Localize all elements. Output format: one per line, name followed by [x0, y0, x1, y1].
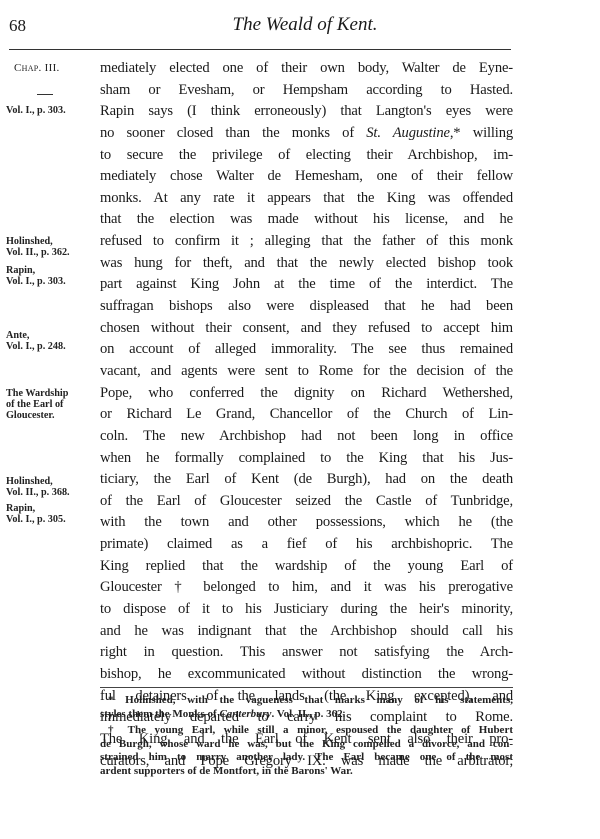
margin-note-line: Holinshed, [6, 236, 70, 247]
margin-note-line: Vol. II., p. 362. [6, 247, 70, 258]
body-line: that the election was made without his l… [100, 209, 513, 231]
body-text: mediately elected one of their own body,… [100, 58, 513, 772]
text-run: to dispose of it to his Justiciary durin… [100, 601, 513, 617]
text-run: with the town and other possessions, whi… [100, 514, 513, 530]
text-run: Pope, who conferred the dignity on Richa… [100, 385, 513, 401]
text-run: and he was indignant that the Archbishop… [100, 623, 513, 639]
text-run: no sooner closed than the monks of [100, 125, 366, 141]
margin-note-line: Rapin, [6, 503, 66, 514]
body-line: ticiary, the Earl of Kent (de Burgh), ha… [100, 469, 513, 491]
footnote-rule [100, 687, 513, 688]
body-line: King replied that the wardship of the yo… [100, 556, 513, 578]
text-run: ardent supporters of de Montfort, in the… [100, 765, 353, 777]
text-run: to secure the privilege of electing thei… [100, 147, 513, 163]
footnotes: * Holinshed, with the vagueness that mar… [100, 694, 513, 779]
footnote-line: ardent supporters of de Montfort, in the… [100, 765, 513, 779]
text-run: was hung for theft, and that the newly e… [100, 255, 513, 271]
text-run: when he formally complained to the King … [100, 450, 513, 466]
margin-note-line: Holinshed, [6, 476, 70, 487]
margin-note-line: Vol. I., p. 305. [6, 514, 66, 525]
body-line: Rapin says (I think erroneously) that La… [100, 101, 513, 123]
text-run: . Vol. II., p. 362. [271, 708, 345, 720]
text-run: chosen without their consent, and they r… [100, 320, 513, 336]
chapter-label: Chap. III. [14, 63, 60, 74]
margin-note-line: Rapin, [6, 265, 66, 276]
body-line: and he was indignant that the Archbishop… [100, 621, 513, 643]
body-line: coln. The new Archbishop had not been lo… [100, 426, 513, 448]
text-run: mediately elected one of their own body,… [100, 60, 513, 76]
text-run: or Richard Le Grand, Chancellor of the C… [100, 406, 513, 422]
body-line: when he formally complained to the King … [100, 448, 513, 470]
margin-note-line: Vol. II., p. 368. [6, 487, 70, 498]
text-run: King replied that the wardship of the yo… [100, 558, 513, 574]
margin-note-line: Chap. III. [14, 62, 60, 74]
text-run: refused to confirm it ; alleging that th… [100, 233, 513, 249]
body-line: vacant, and agents were sent to Rome for… [100, 361, 513, 383]
body-line: bishop, he excommunicated without distin… [100, 664, 513, 686]
margin-note-line: Vol. I., p. 303. [6, 105, 66, 116]
body-line: mediately elected one of their own body,… [100, 58, 513, 80]
text-run: Gloucester † belonged to him, and it was… [100, 579, 513, 595]
body-line: monks. At any rate it appears that the K… [100, 188, 513, 210]
text-run: † The young Earl, while still a minor, e… [108, 724, 513, 736]
text-run: sham or Evesham, or Hempsham according t… [100, 82, 513, 98]
text-run: * Holinshed, with the vagueness that mar… [108, 694, 513, 706]
text-run: part against King John at the time of th… [100, 276, 513, 292]
footnote: * Holinshed, with the vagueness that mar… [100, 694, 513, 721]
body-line: right in question. This answer not satis… [100, 642, 513, 664]
italic-text: St. Augustine [366, 125, 450, 141]
footnote-line: strained him to marry another lady. The … [100, 751, 513, 765]
body-line: of the Earl of Gloucester seized the Cas… [100, 491, 513, 513]
margin-note-line: Ante, [6, 330, 66, 341]
text-run: right in question. This answer not satis… [100, 644, 513, 660]
text-run: strained him to marry another lady. The … [100, 751, 513, 763]
italic-text: Canterbury [219, 708, 271, 720]
body-line: to dispose of it to his Justiciary durin… [100, 599, 513, 621]
margin-note-vol1-p303: Vol. I., p. 303. [6, 105, 66, 116]
margin-note-line: of the Earl of [6, 399, 68, 410]
body-line: refused to confirm it ; alleging that th… [100, 231, 513, 253]
footnote-line: † The young Earl, while still a minor, e… [100, 724, 513, 738]
footnote-line: * Holinshed, with the vagueness that mar… [100, 694, 513, 708]
body-line: no sooner closed than the monks of St. A… [100, 123, 513, 145]
margin-note-ante-248: Ante, Vol. I., p. 248. [6, 330, 66, 352]
margin-note-rapin-303: Rapin, Vol. I., p. 303. [6, 265, 66, 287]
margin-note-wardship: The Wardship of the Earl of Gloucester. [6, 388, 68, 421]
body-line: chosen without their consent, and they r… [100, 318, 513, 340]
text-run: vacant, and agents were sent to Rome for… [100, 363, 513, 379]
text-run: de Burgh, whose ward he was, but the Kin… [100, 738, 513, 750]
margin-note-line: Gloucester. [6, 410, 68, 421]
body-line: was hung for theft, and that the newly e… [100, 253, 513, 275]
text-run: mediately chose Walter de Hemesham, one … [100, 168, 513, 184]
text-run: primate) claimed as a fief of his archbi… [100, 536, 513, 552]
body-line: Gloucester † belonged to him, and it was… [100, 577, 513, 599]
text-run: coln. The new Archbishop had not been lo… [100, 428, 513, 444]
margin-note-holinshed-368: Holinshed, Vol. II., p. 368. [6, 476, 70, 498]
chapter-rule [37, 94, 53, 95]
margin-note-line: Vol. I., p. 303. [6, 276, 66, 287]
text-run: bishop, he excommunicated without distin… [100, 666, 513, 682]
text-run: suffragan bishops also were displeased t… [100, 298, 513, 314]
text-run: Rapin says (I think erroneously) that La… [100, 103, 513, 119]
header-rule [9, 49, 511, 50]
footnote-line: styles them the Monks of Canterbury. Vol… [100, 708, 513, 722]
body-line: mediately chose Walter de Hemesham, one … [100, 166, 513, 188]
body-line: primate) claimed as a fief of his archbi… [100, 534, 513, 556]
margin-note-line: Vol. I., p. 248. [6, 341, 66, 352]
text-run: that the election was made without his l… [100, 211, 513, 227]
text-run: styles them the Monks of [100, 708, 219, 720]
body-line: on account of alleged immorality. The se… [100, 339, 513, 361]
text-run: of the Earl of Gloucester seized the Cas… [100, 493, 513, 509]
text-run: ticiary, the Earl of Kent (de Burgh), ha… [100, 471, 513, 487]
footnote: † The young Earl, while still a minor, e… [100, 724, 513, 778]
body-line: sham or Evesham, or Hempsham according t… [100, 80, 513, 102]
body-line: or Richard Le Grand, Chancellor of the C… [100, 404, 513, 426]
body-line: part against King John at the time of th… [100, 274, 513, 296]
footnote-line: de Burgh, whose ward he was, but the Kin… [100, 738, 513, 752]
margin-note-holinshed-362: Holinshed, Vol. II., p. 362. [6, 236, 70, 258]
body-line: Pope, who conferred the dignity on Richa… [100, 383, 513, 405]
text-run: on account of alleged immorality. The se… [100, 341, 513, 357]
body-line: to secure the privilege of electing thei… [100, 145, 513, 167]
text-run: monks. At any rate it appears that the K… [100, 190, 513, 206]
margin-note-line: The Wardship [6, 388, 68, 399]
text-run: ,* willing [450, 125, 513, 141]
margin-note-rapin-305: Rapin, Vol. I., p. 305. [6, 503, 66, 525]
body-line: suffragan bishops also were displeased t… [100, 296, 513, 318]
body-line: with the town and other possessions, whi… [100, 512, 513, 534]
running-title: The Weald of Kent. [0, 14, 600, 36]
